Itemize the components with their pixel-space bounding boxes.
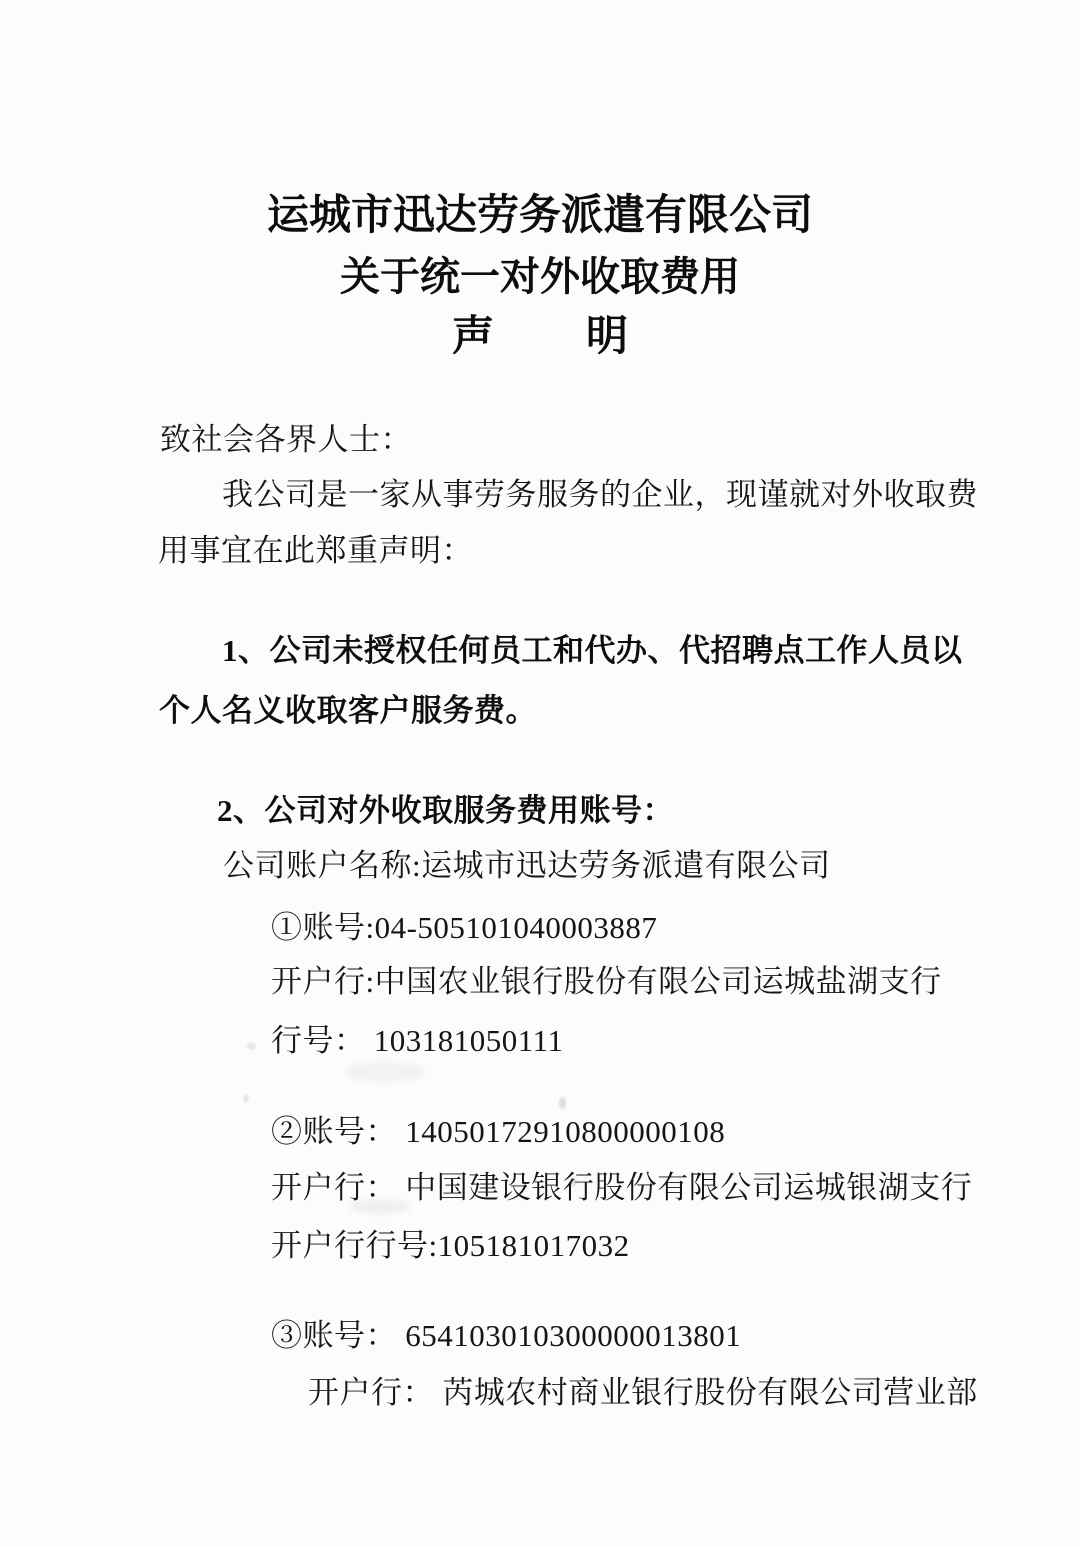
account3-number-line: ③账号： 654103010300000013801 (271, 1317, 741, 1354)
statement-char-right: 明 (586, 311, 628, 360)
document-title-company: 运城市迅达劳务派遣有限公司 (0, 182, 1080, 242)
scan-smudge (345, 1062, 425, 1082)
account1-bank-line: 开户行:中国农业银行股份有限公司运城盐湖支行 (271, 963, 942, 1000)
account1-number-line: ①账号:04-505101040003887 (271, 909, 657, 946)
account2-bank-code-line: 开户行行号:105181017032 (271, 1227, 630, 1264)
salutation-line: 致社会各界人士： (160, 421, 412, 458)
item1-line-2: 个人名义收取客户服务费。 (159, 692, 537, 729)
account2-bank-line: 开户行： 中国建设银行股份有限公司运城银湖支行 (271, 1169, 972, 1206)
intro-paragraph-line-1: 我公司是一家从事劳务服务的企业，现谨就对外收取费 (222, 476, 978, 513)
item2-heading: 2、公司对外收取服务费用账号： (217, 792, 674, 829)
item1-line-1: 1、公司未授权任何员工和代办、代招聘点工作人员以 (222, 632, 963, 669)
scanned-document-page: 运城市迅达劳务派遣有限公司 关于统一对外收取费用 声明 致社会各界人士： 我公司… (0, 0, 1080, 1546)
scan-speck (247, 1043, 256, 1050)
account-holder-line: 公司账户名称:运城市迅达劳务派遣有限公司 (223, 847, 831, 884)
document-title-subject: 关于统一对外收取费用 (0, 245, 1080, 302)
account2-number-line: ②账号： 14050172910800000108 (271, 1113, 725, 1150)
account1-bank-code-line: 行号： 103181050111 (271, 1022, 563, 1059)
scan-speck (243, 1094, 249, 1103)
document-title-statement: 声明 (0, 303, 1080, 363)
statement-char-left: 声 (452, 311, 494, 360)
scan-speck (559, 1097, 566, 1109)
intro-paragraph-line-2: 用事宜在此郑重声明： (158, 532, 473, 569)
account3-bank-line: 开户行： 芮城农村商业银行股份有限公司营业部 (308, 1374, 978, 1411)
